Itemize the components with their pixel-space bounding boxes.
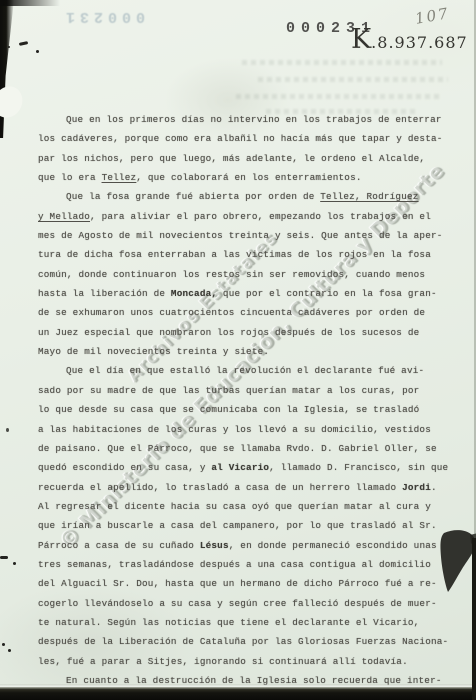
scanned-document-page: Archivos Estatales © Ministerio de Educa… — [0, 0, 476, 700]
text-line: que lo era Tellez, que colaborará en los… — [38, 168, 458, 187]
ink-speck — [36, 50, 39, 53]
reference-stamp-initial: K — [351, 24, 371, 55]
text-line: mes de Agosto de mil novecientos treinta… — [38, 226, 458, 245]
scan-edge-bottom — [0, 687, 476, 700]
ink-speck — [2, 643, 5, 646]
reference-stamp-digits: .8.937.687 — [371, 33, 468, 52]
text-line: tura de dicha fosa enterraban a las vict… — [38, 245, 458, 264]
archive-reference-stamp: K.8.937.687 — [351, 26, 468, 53]
text-line: lo que desde su casa que se comunicaba c… — [38, 400, 458, 419]
text-line: sado por su madre de que las turbas quer… — [38, 381, 458, 400]
ink-speck — [13, 562, 16, 565]
ink-speck — [8, 46, 10, 48]
text-line: de paisano. Que el Párroco, que se llama… — [38, 439, 458, 458]
text-line: Mayo de mil novecientos treinta y siete. — [38, 342, 458, 361]
text-line: te natural. Según las noticias que tiene… — [38, 613, 458, 632]
text-line: de se exhumaron unos cuatrocientos cincu… — [38, 303, 458, 322]
text-line: del Alguacil Sr. Dou, hasta que un herma… — [38, 574, 458, 593]
bleedthrough-text-line — [258, 77, 448, 82]
ink-speck — [8, 649, 11, 652]
scan-edge-top — [0, 0, 60, 6]
text-line: y Mellado, para aliviar el paro obrero, … — [38, 207, 458, 226]
bleedthrough-text-line — [236, 94, 441, 99]
bleedthrough-number-stamp: 000231 — [48, 8, 158, 25]
paragraph: Que la fosa grande fué abierta por orden… — [38, 187, 458, 361]
ink-speck — [0, 556, 8, 559]
text-line: común, donde continuaron los restos sin … — [38, 265, 458, 284]
text-line: tres semanas, trasladándose después a un… — [38, 555, 458, 574]
ink-speck — [6, 428, 9, 432]
text-line: Al regresar el dicente hacia su casa oyó… — [38, 497, 458, 516]
text-line: los cadáveres, porque como era albañil n… — [38, 129, 458, 148]
text-line: cogerlo llevándoselo a su casa y según c… — [38, 594, 458, 613]
paragraph: Que en los primeros días no intervino en… — [38, 110, 458, 187]
text-line: Párroco a casa de su cuñado Lésus, en do… — [38, 536, 458, 555]
text-line: a las habitaciones de los curas y los ll… — [38, 420, 458, 439]
text-line: par los nichos, pero que luego, más adel… — [38, 149, 458, 168]
text-line: un Juez especial que nombraron los rojos… — [38, 323, 458, 342]
text-line: les, fué a parar a Sitjes, ignorando si … — [38, 652, 458, 671]
ink-blot — [424, 529, 476, 597]
document-text: Que en los primeros días no intervino en… — [38, 110, 458, 690]
text-line: recuerda el apellido, lo trasladó a casa… — [38, 478, 458, 497]
paragraph: Que el día en que estalló la revolución … — [38, 361, 458, 671]
text-line: Que en los primeros días no intervino en… — [38, 110, 458, 129]
text-line: después de la Liberación de Cataluña por… — [38, 632, 458, 651]
text-line: hasta la liberación de Moncada, que por … — [38, 284, 458, 303]
scan-edge-right-dark — [472, 538, 476, 700]
text-line: quedó escondido en su casa, y al Vicario… — [38, 458, 458, 477]
bleedthrough-text-line — [242, 60, 442, 65]
text-line: Que la fosa grande fué abierta por orden… — [38, 187, 458, 206]
text-line: Que el día en que estalló la revolución … — [38, 361, 458, 380]
text-line: que irían a buscarle a casa del campaner… — [38, 516, 458, 535]
